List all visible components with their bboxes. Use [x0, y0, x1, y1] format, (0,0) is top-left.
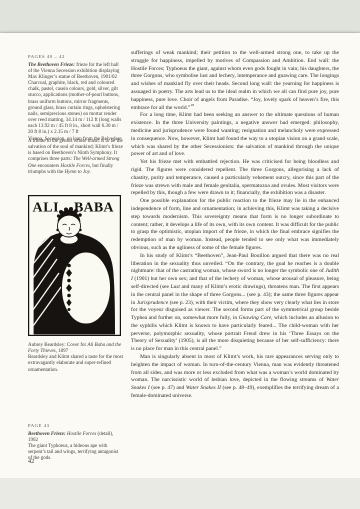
caption-pages-40-42: PAGES 40 – 42 The Beethoven Frieze: frie… — [28, 54, 123, 143]
backdrop-bottom — [0, 478, 360, 509]
caption-materials: Charcoal, graphite, black, red and colou… — [28, 81, 123, 136]
paragraph: In his study of Klimt’s “Beethoven”, Jea… — [131, 253, 339, 354]
paragraph: sufferings of weak mankind; their petiti… — [131, 50, 339, 112]
backdrop-top — [0, 0, 360, 33]
caption-heading-2: PAGE 43 — [28, 423, 123, 429]
caption2-body: The giant Typhoeus, a hideous ape with s… — [28, 444, 123, 462]
caption-page-43: PAGE 43 Beethoven Frieze: Hostile Forces… — [28, 423, 123, 462]
paragraph: One possible explanation for the public … — [131, 198, 339, 253]
artwork-caption-credit: Aubrey Beardsley: Cover for Ali Baba and… — [28, 343, 123, 355]
artwork-caption-note: Beardsley and Klimt shared a taste for t… — [28, 355, 123, 373]
artwork-caption: Aubrey Beardsley: Cover for Ali Baba and… — [28, 343, 123, 374]
ali-baba-poster: ALI BABA — [28, 195, 121, 336]
paragraph: For a long time, Klimt had been seeking … — [131, 112, 339, 159]
paragraph: Man is singularly absent in most of Klim… — [131, 354, 339, 401]
caption-title-line: The Beethoven Frieze: frieze for the lef… — [28, 63, 123, 81]
ali-baba-illustration: ALI BABA — [28, 195, 121, 336]
note-text: A tribute to the genius whose music is t… — [28, 139, 123, 176]
main-text: sufferings of weak mankind; their petiti… — [131, 50, 339, 401]
page-number: 42 — [28, 458, 34, 465]
caption-note: A tribute to the genius whose music is t… — [28, 139, 123, 176]
poster-title-ali: ALI — [33, 201, 60, 216]
caption2-title-line: Beethoven Frieze: Hostile Forces (detail… — [28, 432, 123, 444]
screenshot-root: { "page": { "folio": "42", "colors": { "… — [0, 0, 360, 509]
caption-heading: PAGES 40 – 42 — [28, 54, 123, 60]
book-page: PAGES 40 – 42 The Beethoven Frieze: frie… — [0, 33, 360, 478]
paragraph: Yet his frieze met with embattled reject… — [131, 159, 339, 198]
